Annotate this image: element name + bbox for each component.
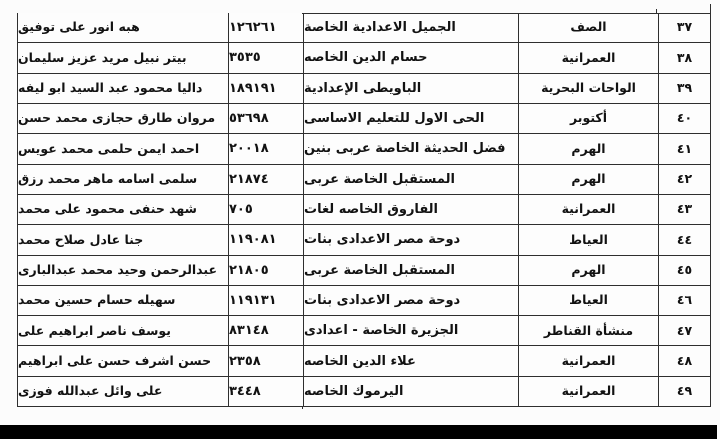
table-top-border xyxy=(302,13,710,14)
row-number-cell: ٣٨ xyxy=(658,43,710,72)
table-row: بيتر نبيل مريد عزيز سليمان ٣٥٣٥ حسام الد… xyxy=(18,43,710,73)
school-cell: المستقبل الخاصة عربى xyxy=(303,165,518,194)
scanned-results-page: هبه انور على توفيق ١٢٦٢٦١ الجميل الاعداد… xyxy=(0,0,720,439)
school-cell: الفاروق الخاصه لغات xyxy=(303,195,518,224)
student-name-cell: داليا محمود عبد السيد ابو ليفه xyxy=(18,74,228,103)
student-name-cell: احمد ايمن حلمى محمد عويس xyxy=(18,134,228,163)
row-number-cell: ٣٩ xyxy=(658,74,710,103)
student-name-cell: حسن اشرف حسن على ابراهيم xyxy=(18,346,228,375)
school-cell: الباويطى الإعدادية xyxy=(303,74,518,103)
seat-number-cell: ٨٣١٤٨ xyxy=(228,316,303,345)
row-number-cell: ٤٠ xyxy=(658,104,710,133)
seat-number-cell: ٢١٨٠٥ xyxy=(228,256,303,285)
row-number-cell: ٤٥ xyxy=(658,256,710,285)
student-name-cell: عبدالرحمن وحيد محمد عبدالبارى xyxy=(18,256,228,285)
school-cell: دوحة مصر الاعدادى بنات xyxy=(303,225,518,254)
school-cell: فضل الحديثة الخاصة عربى بنين xyxy=(303,134,518,163)
row-number-cell: ٤٨ xyxy=(658,346,710,375)
row-number-cell: ٤٣ xyxy=(658,195,710,224)
row-number-cell: ٤٩ xyxy=(658,377,710,406)
table-row: شهد حنفى محمود على محمد ٧٠٥ الفاروق الخا… xyxy=(18,195,710,225)
school-cell: حسام الدين الخاصه xyxy=(303,43,518,72)
student-name-cell: سلمى اسامه ماهر محمد رزق xyxy=(18,165,228,194)
seat-number-cell: ٢١٨٧٤ xyxy=(228,165,303,194)
district-cell: العمرانية xyxy=(518,346,658,375)
district-cell: الهرم xyxy=(518,165,658,194)
table-row: يوسف ناصر ابراهيم على ٨٣١٤٨ الجزيرة الخا… xyxy=(18,316,710,346)
row-number-cell: ٤١ xyxy=(658,134,710,163)
school-cell: المستقبل الخاصة عربى xyxy=(303,256,518,285)
district-cell: العياط xyxy=(518,286,658,315)
table-row: عبدالرحمن وحيد محمد عبدالبارى ٢١٨٠٥ المس… xyxy=(18,256,710,286)
table-row: على وائل عبدالله فوزى ٣٤٤٨ اليرموك الخاص… xyxy=(18,377,710,407)
row-number-cell: ٤٦ xyxy=(658,286,710,315)
student-name-cell: جنا عادل صلاح محمد xyxy=(18,225,228,254)
student-name-cell: شهد حنفى محمود على محمد xyxy=(18,195,228,224)
table-row: حسن اشرف حسن على ابراهيم ٢٣٥٨ علاء الدين… xyxy=(18,346,710,376)
student-name-cell: بيتر نبيل مريد عزيز سليمان xyxy=(18,43,228,72)
seat-number-cell: ١٢٦٢٦١ xyxy=(228,13,303,42)
school-cell: اليرموك الخاصه xyxy=(303,377,518,406)
table-bottom-tick xyxy=(302,406,303,409)
table-rows: هبه انور على توفيق ١٢٦٢٦١ الجميل الاعداد… xyxy=(18,13,710,407)
district-cell: العمرانية xyxy=(518,377,658,406)
table-right-edge-stub xyxy=(710,4,711,13)
seat-number-cell: ٣٥٣٥ xyxy=(228,43,303,72)
table-row: هبه انور على توفيق ١٢٦٢٦١ الجميل الاعداد… xyxy=(18,13,710,43)
table-row: احمد ايمن حلمى محمد عويس ٢٠٠١٨ فضل الحدي… xyxy=(18,134,710,164)
table-row: مروان طارق حجازى محمد حسن ٥٣٦٩٨ الحى الا… xyxy=(18,104,710,134)
seat-number-cell: ١١٩١٣١ xyxy=(228,286,303,315)
student-name-cell: يوسف ناصر ابراهيم على xyxy=(18,316,228,345)
table-row: سلمى اسامه ماهر محمد رزق ٢١٨٧٤ المستقبل … xyxy=(18,165,710,195)
district-cell: العياط xyxy=(518,225,658,254)
results-table: هبه انور على توفيق ١٢٦٢٦١ الجميل الاعداد… xyxy=(17,13,711,407)
seat-number-cell: ١١٩٠٨١ xyxy=(228,225,303,254)
school-cell: الجميل الاعدادية الخاصة xyxy=(303,13,518,42)
district-cell: أكتوبر xyxy=(518,104,658,133)
district-cell: الهرم xyxy=(518,134,658,163)
district-cell: العمرانية xyxy=(518,43,658,72)
table-row: جنا عادل صلاح محمد ١١٩٠٨١ دوحة مصر الاعد… xyxy=(18,225,710,255)
school-cell: الجزيرة الخاصة - اعدادى xyxy=(303,316,518,345)
seat-number-cell: ٧٠٥ xyxy=(228,195,303,224)
row-number-cell: ٤٢ xyxy=(658,165,710,194)
row-number-cell: ٣٧ xyxy=(658,13,710,42)
seat-number-cell: ٢٠٠١٨ xyxy=(228,134,303,163)
school-cell: دوحة مصر الاعدادى بنات xyxy=(303,286,518,315)
district-cell: الهرم xyxy=(518,256,658,285)
student-name-cell: سهيله حسام حسين محمد xyxy=(18,286,228,315)
row-number-cell: ٤٤ xyxy=(658,225,710,254)
bottom-black-bar xyxy=(0,425,717,439)
row-number-cell: ٤٧ xyxy=(658,316,710,345)
district-cell: الواحات البحرية xyxy=(518,74,658,103)
student-name-cell: مروان طارق حجازى محمد حسن xyxy=(18,104,228,133)
school-cell: الحى الاول للتعليم الاساسى xyxy=(303,104,518,133)
table-inner-edge-stub xyxy=(656,9,657,13)
table-row: داليا محمود عبد السيد ابو ليفه ١٨٩١٩١ ال… xyxy=(18,74,710,104)
student-name-cell: هبه انور على توفيق xyxy=(18,13,228,42)
district-cell: العمرانية xyxy=(518,195,658,224)
seat-number-cell: ٢٣٥٨ xyxy=(228,346,303,375)
district-cell: الصف xyxy=(518,13,658,42)
table-row: سهيله حسام حسين محمد ١١٩١٣١ دوحة مصر الا… xyxy=(18,286,710,316)
seat-number-cell: ٥٣٦٩٨ xyxy=(228,104,303,133)
school-cell: علاء الدين الخاصه xyxy=(303,346,518,375)
district-cell: منشأة القناطر xyxy=(518,316,658,345)
seat-number-cell: ٣٤٤٨ xyxy=(228,377,303,406)
seat-number-cell: ١٨٩١٩١ xyxy=(228,74,303,103)
student-name-cell: على وائل عبدالله فوزى xyxy=(18,377,228,406)
